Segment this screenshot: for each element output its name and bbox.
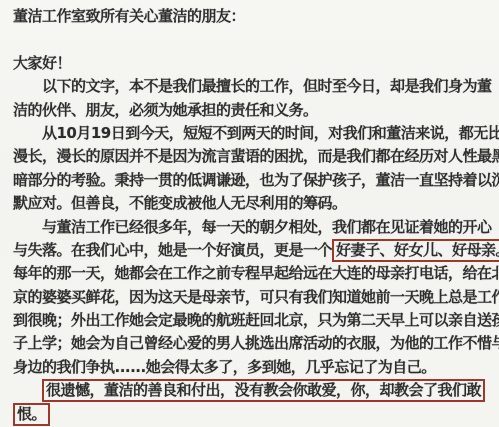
text-line: 暗部分的考验。秉持一贯的低调谦逊，也为了保护孩子，董洁一直坚持着以沉	[13, 169, 493, 192]
text-line: 子上学；她会为自己曾经心爱的男人挑选出席活动的衣服，为他的工作不惜与	[13, 332, 493, 355]
line-text	[13, 381, 42, 399]
red-highlight-box: 很遗憾，董洁的善良和付出，没有教会你敢爱，你，却教会了我们敢	[42, 379, 485, 402]
text-line: 身边的我们争执......她会得太多了，多到她，几乎忘记了为自己。	[13, 356, 493, 379]
text-line: 默应对。但善良，不能变成被他人无尽利用的筹码。	[13, 192, 493, 215]
text-line: 很遗憾，董洁的善良和付出，没有教会你敢爱，你，却教会了我们敢	[13, 379, 493, 402]
text-line: 恨。	[13, 403, 493, 426]
document-salutation: 董洁工作室致所有关心董洁的朋友：	[13, 5, 493, 28]
line-text: 与失落。在我们心中，她是一个好演员，更是一个	[13, 241, 332, 259]
text-line: 从10月19日到今天，短短不到两天的时间，对我们和董洁来说，都无比	[13, 122, 493, 145]
text-line: 以下的文字，本不是我们最擅长的工作，但时至今日，却是我们身为董	[13, 75, 493, 98]
text-line: 到很晚；外出工作她会定最晚的航班赶回北京，只为第二天早上可以亲自送孩	[13, 309, 493, 332]
red-highlight-box: 恨。	[13, 403, 50, 426]
statement-document: 董洁工作室致所有关心董洁的朋友： 大家好！ 以下的文字，本不是我们最擅长的工作，…	[0, 0, 499, 427]
greeting-line: 大家好！	[13, 52, 493, 75]
text-line: 漫长，漫长的原因并不是因为流言蜚语的困扰，而是我们都在经历对人性最黑	[13, 145, 493, 168]
text-line: 洁的伙伴、朋友，必须为她承担的责任和义务。	[13, 99, 493, 122]
red-highlight-box: 好妻子、好女儿、好母亲。	[332, 239, 499, 262]
blank-line	[13, 28, 493, 51]
text-line: 每年的那一天，她都会在工作之前专程早起给远在大连的母亲打电话，给在北	[13, 262, 493, 285]
text-line: 京的婆婆买鲜花，因为这天是母亲节，可只有我们知道她前一天晚上总是工作	[13, 286, 493, 309]
text-line: 与失落。在我们心中，她是一个好演员，更是一个好妻子、好女儿、好母亲。	[13, 239, 493, 262]
text-line: 与董洁工作已经很多年，每一天的朝夕相处，我们都在见证着她的开心	[13, 216, 493, 239]
